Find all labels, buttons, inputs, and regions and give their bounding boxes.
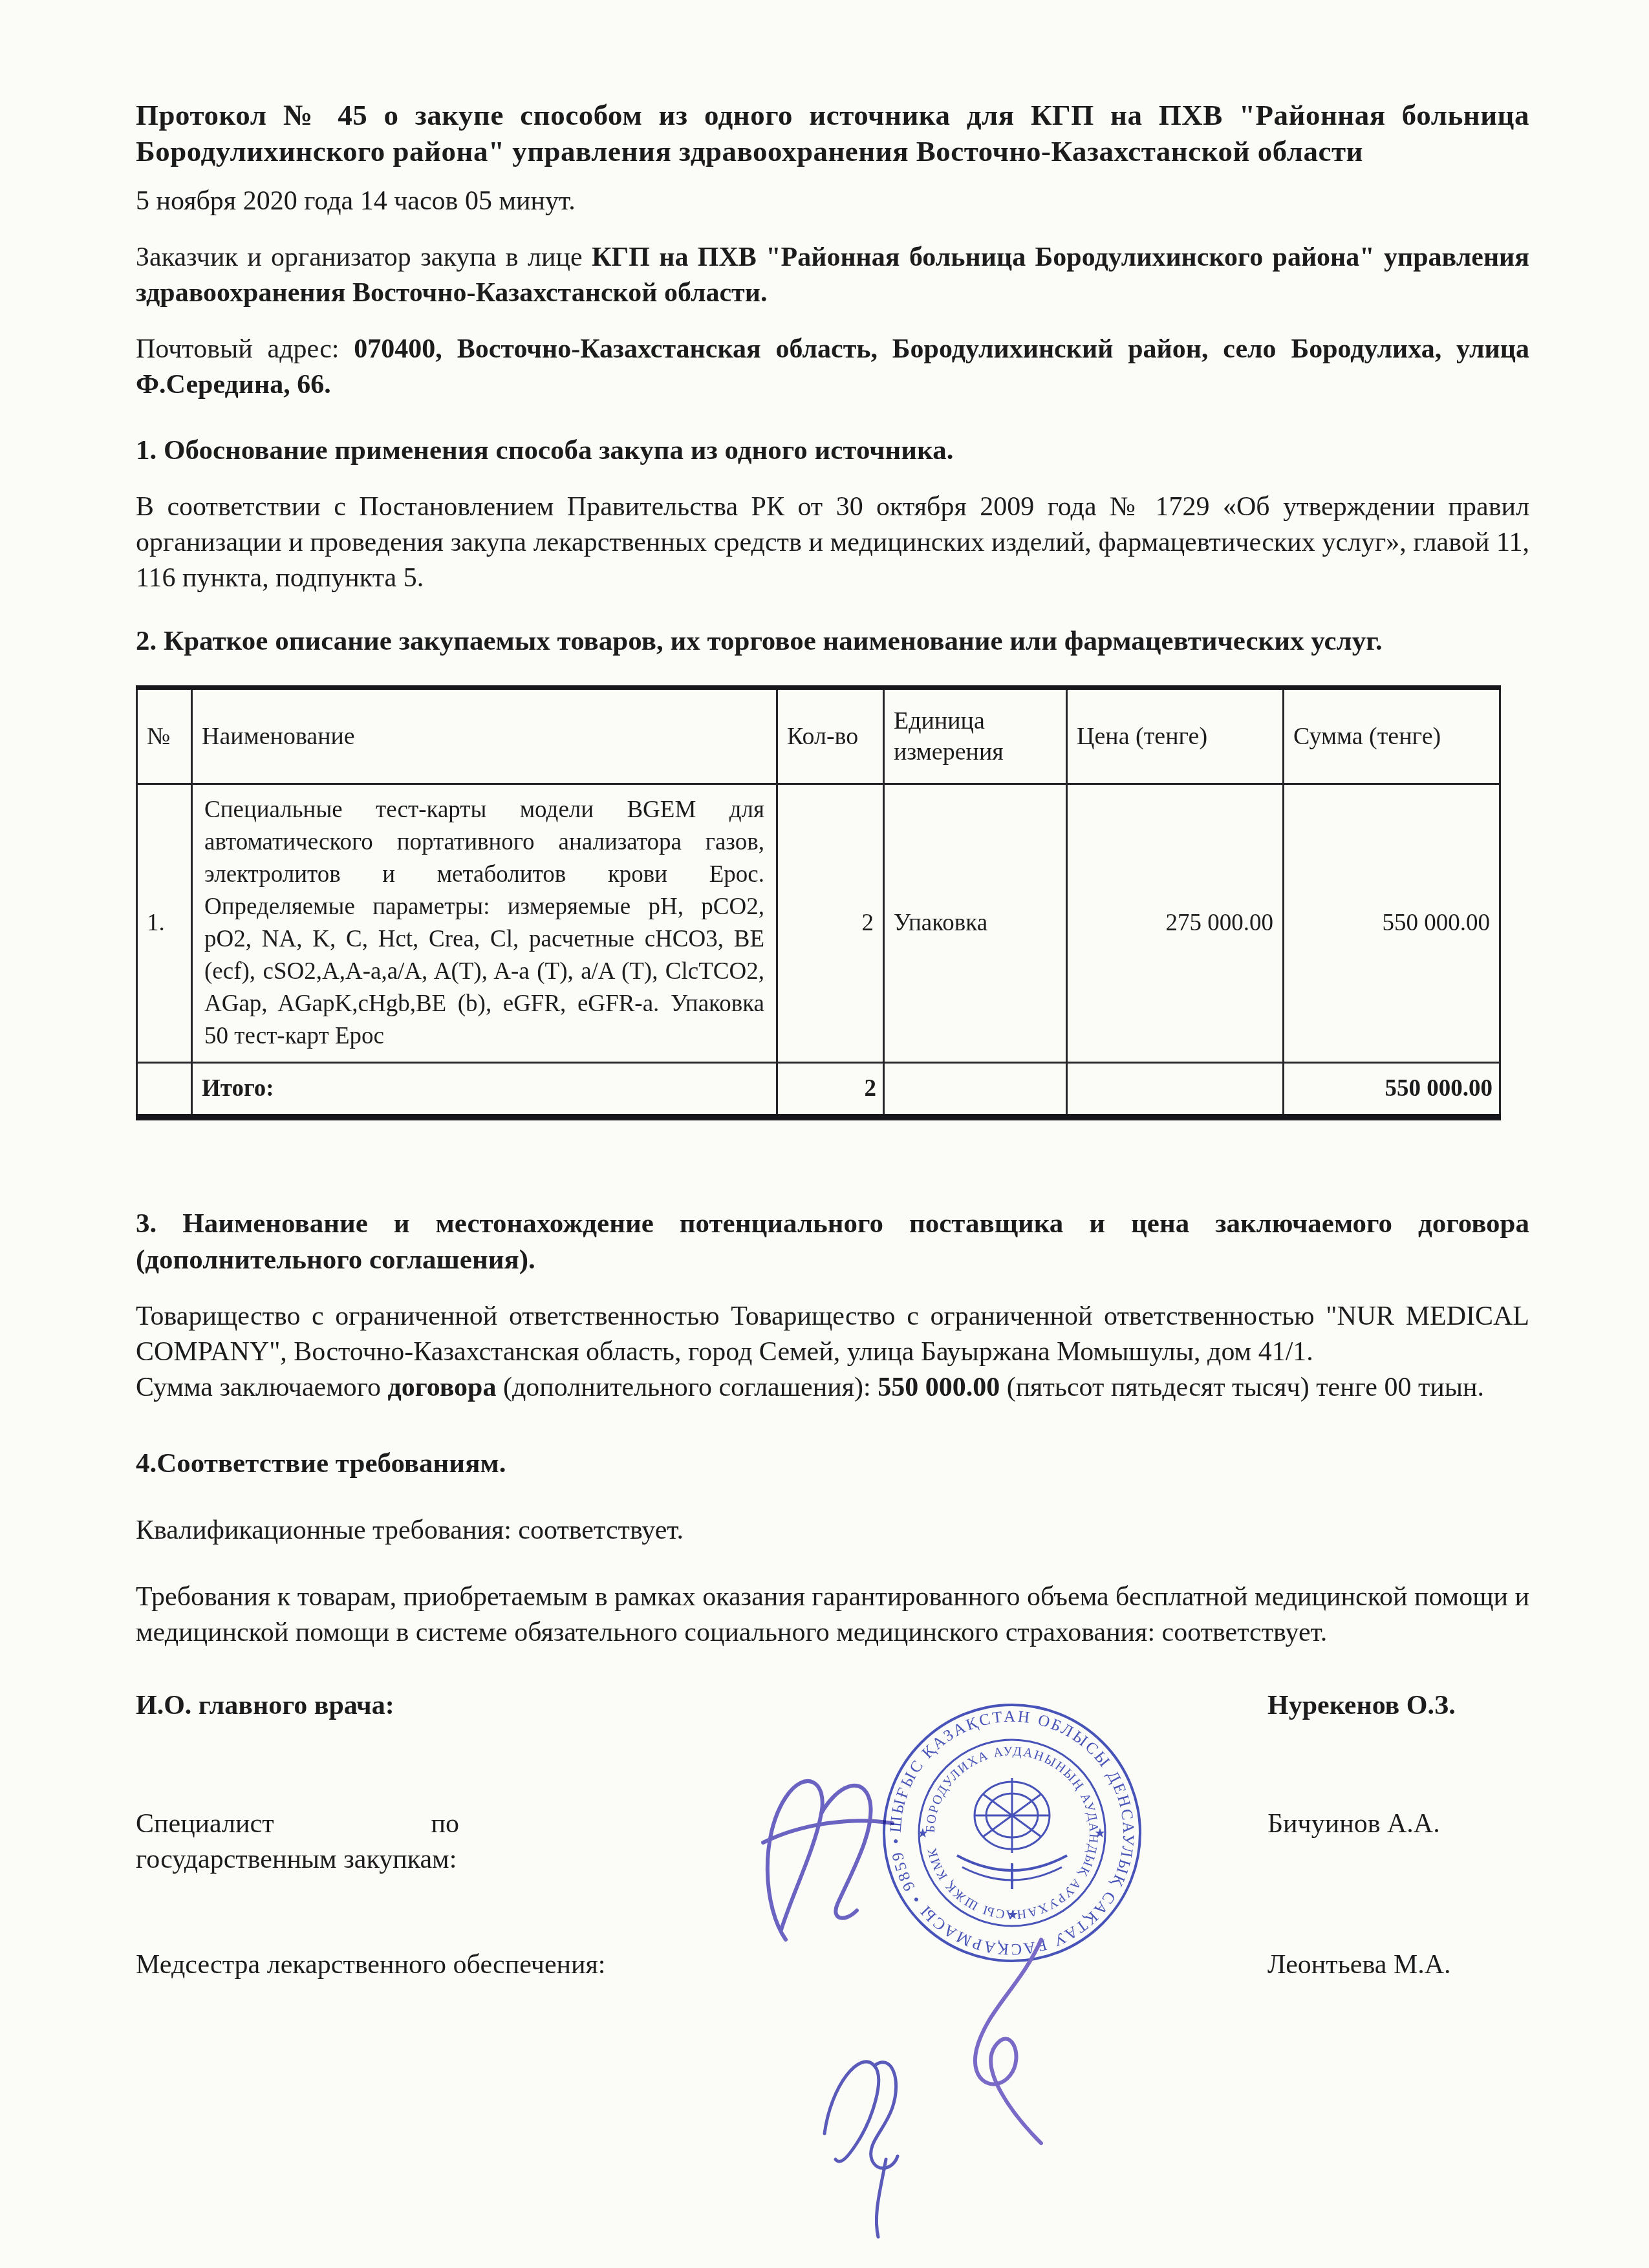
sum-suffix: (пятьсот пятьдесят тысяч) тенге 00 тиын.	[1000, 1373, 1484, 1402]
sum-mid: (дополнительного соглашения):	[496, 1373, 878, 1402]
column-header-unit: Единица измерения	[884, 688, 1067, 784]
procurement-table: № Наименование Кол-во Единица измерения …	[136, 685, 1501, 1120]
column-header-price: Цена (тенге)	[1067, 688, 1284, 784]
goods-requirements-paragraph: Требования к товарам, приобретаемым в ра…	[136, 1579, 1529, 1651]
item-quantity-cell: 2	[777, 784, 884, 1063]
total-empty-cell	[137, 1063, 192, 1118]
sum-amount: 550 000.00	[878, 1373, 1000, 1402]
column-header-name: Наименование	[192, 688, 777, 784]
table-total-row: Итого: 2 550 000.00	[137, 1063, 1500, 1118]
section-1-heading: 1. Обоснование применения способа закупа…	[136, 433, 1529, 469]
item-unit-cell: Упаковка	[884, 784, 1067, 1063]
specialist-signer-name: Бичуинов А.А.	[1267, 1806, 1440, 1842]
sum-prefix: Сумма заключаемого	[136, 1373, 387, 1402]
table-row: 1. Специальные тест-карты модели BGEM дл…	[137, 784, 1500, 1063]
chief-signer-name: Нурекенов О.З.	[1267, 1688, 1456, 1724]
column-header-quantity: Кол-во	[777, 688, 884, 784]
qualification-line: Квалификационные требования: соответству…	[136, 1513, 1529, 1548]
specialist-role-label: Специалист по государственным закупкам:	[136, 1806, 459, 1878]
customer-paragraph: Заказчик и организатор закупа в лице КГП…	[136, 240, 1529, 311]
customer-prefix: Заказчик и организатор закупа в лице	[136, 242, 592, 272]
sum-word-contract: договора	[387, 1373, 496, 1402]
postal-address-paragraph: Почтовый адрес: 070400, Восточно-Казахст…	[136, 332, 1529, 403]
total-quantity-cell: 2	[777, 1063, 884, 1118]
scanned-protocol-document: { "doc": { "title": "Протокол № 45 о зак…	[0, 0, 1649, 2268]
signature-row-nurse: Медсестра лекарственного обеспечения: Ле…	[136, 1947, 1529, 1983]
signature-row-chief: И.О. главного врача: Нурекенов О.З.	[136, 1688, 1529, 1724]
signature-row-specialist: Специалист по государственным закупкам: …	[136, 1806, 1529, 1878]
document-page: Протокол № 45 о закупе способом из одног…	[0, 0, 1649, 2268]
section-4-heading: 4.Соответствие требованиям.	[136, 1446, 1529, 1482]
item-description-cell: Специальные тест-карты модели BGEM для а…	[192, 784, 777, 1063]
total-label-cell: Итого:	[192, 1063, 777, 1118]
total-price-cell	[1067, 1063, 1284, 1118]
item-number-cell: 1.	[137, 784, 192, 1063]
nurse-role-label: Медсестра лекарственного обеспечения:	[136, 1947, 718, 1983]
item-price-cell: 275 000.00	[1067, 784, 1284, 1063]
section-3-heading: 3. Наименование и местонахождение потенц…	[136, 1206, 1529, 1278]
contract-sum-paragraph: Сумма заключаемого договора (дополнитель…	[136, 1370, 1529, 1406]
supplier-paragraph: Товарищество с ограниченной ответственно…	[136, 1299, 1529, 1370]
column-header-number: №	[137, 688, 192, 784]
chief-role-label: И.О. главного врача:	[136, 1688, 394, 1724]
column-header-sum: Сумма (тенге)	[1284, 688, 1500, 784]
section-2-heading: 2. Краткое описание закупаемых товаров, …	[136, 623, 1529, 659]
document-title: Протокол № 45 о закупе способом из одног…	[136, 97, 1529, 169]
section-1-body: В соответствии с Постановлением Правител…	[136, 489, 1529, 596]
nurse-signer-name: Леонтьева М.А.	[1267, 1947, 1451, 1983]
total-sum-cell: 550 000.00	[1284, 1063, 1500, 1118]
total-unit-cell	[884, 1063, 1067, 1118]
table-header-row: № Наименование Кол-во Единица измерения …	[137, 688, 1500, 784]
date-time-line: 5 ноября 2020 года 14 часов 05 минут.	[136, 184, 1529, 219]
item-sum-cell: 550 000.00	[1284, 784, 1500, 1063]
address-prefix: Почтовый адрес:	[136, 334, 354, 364]
